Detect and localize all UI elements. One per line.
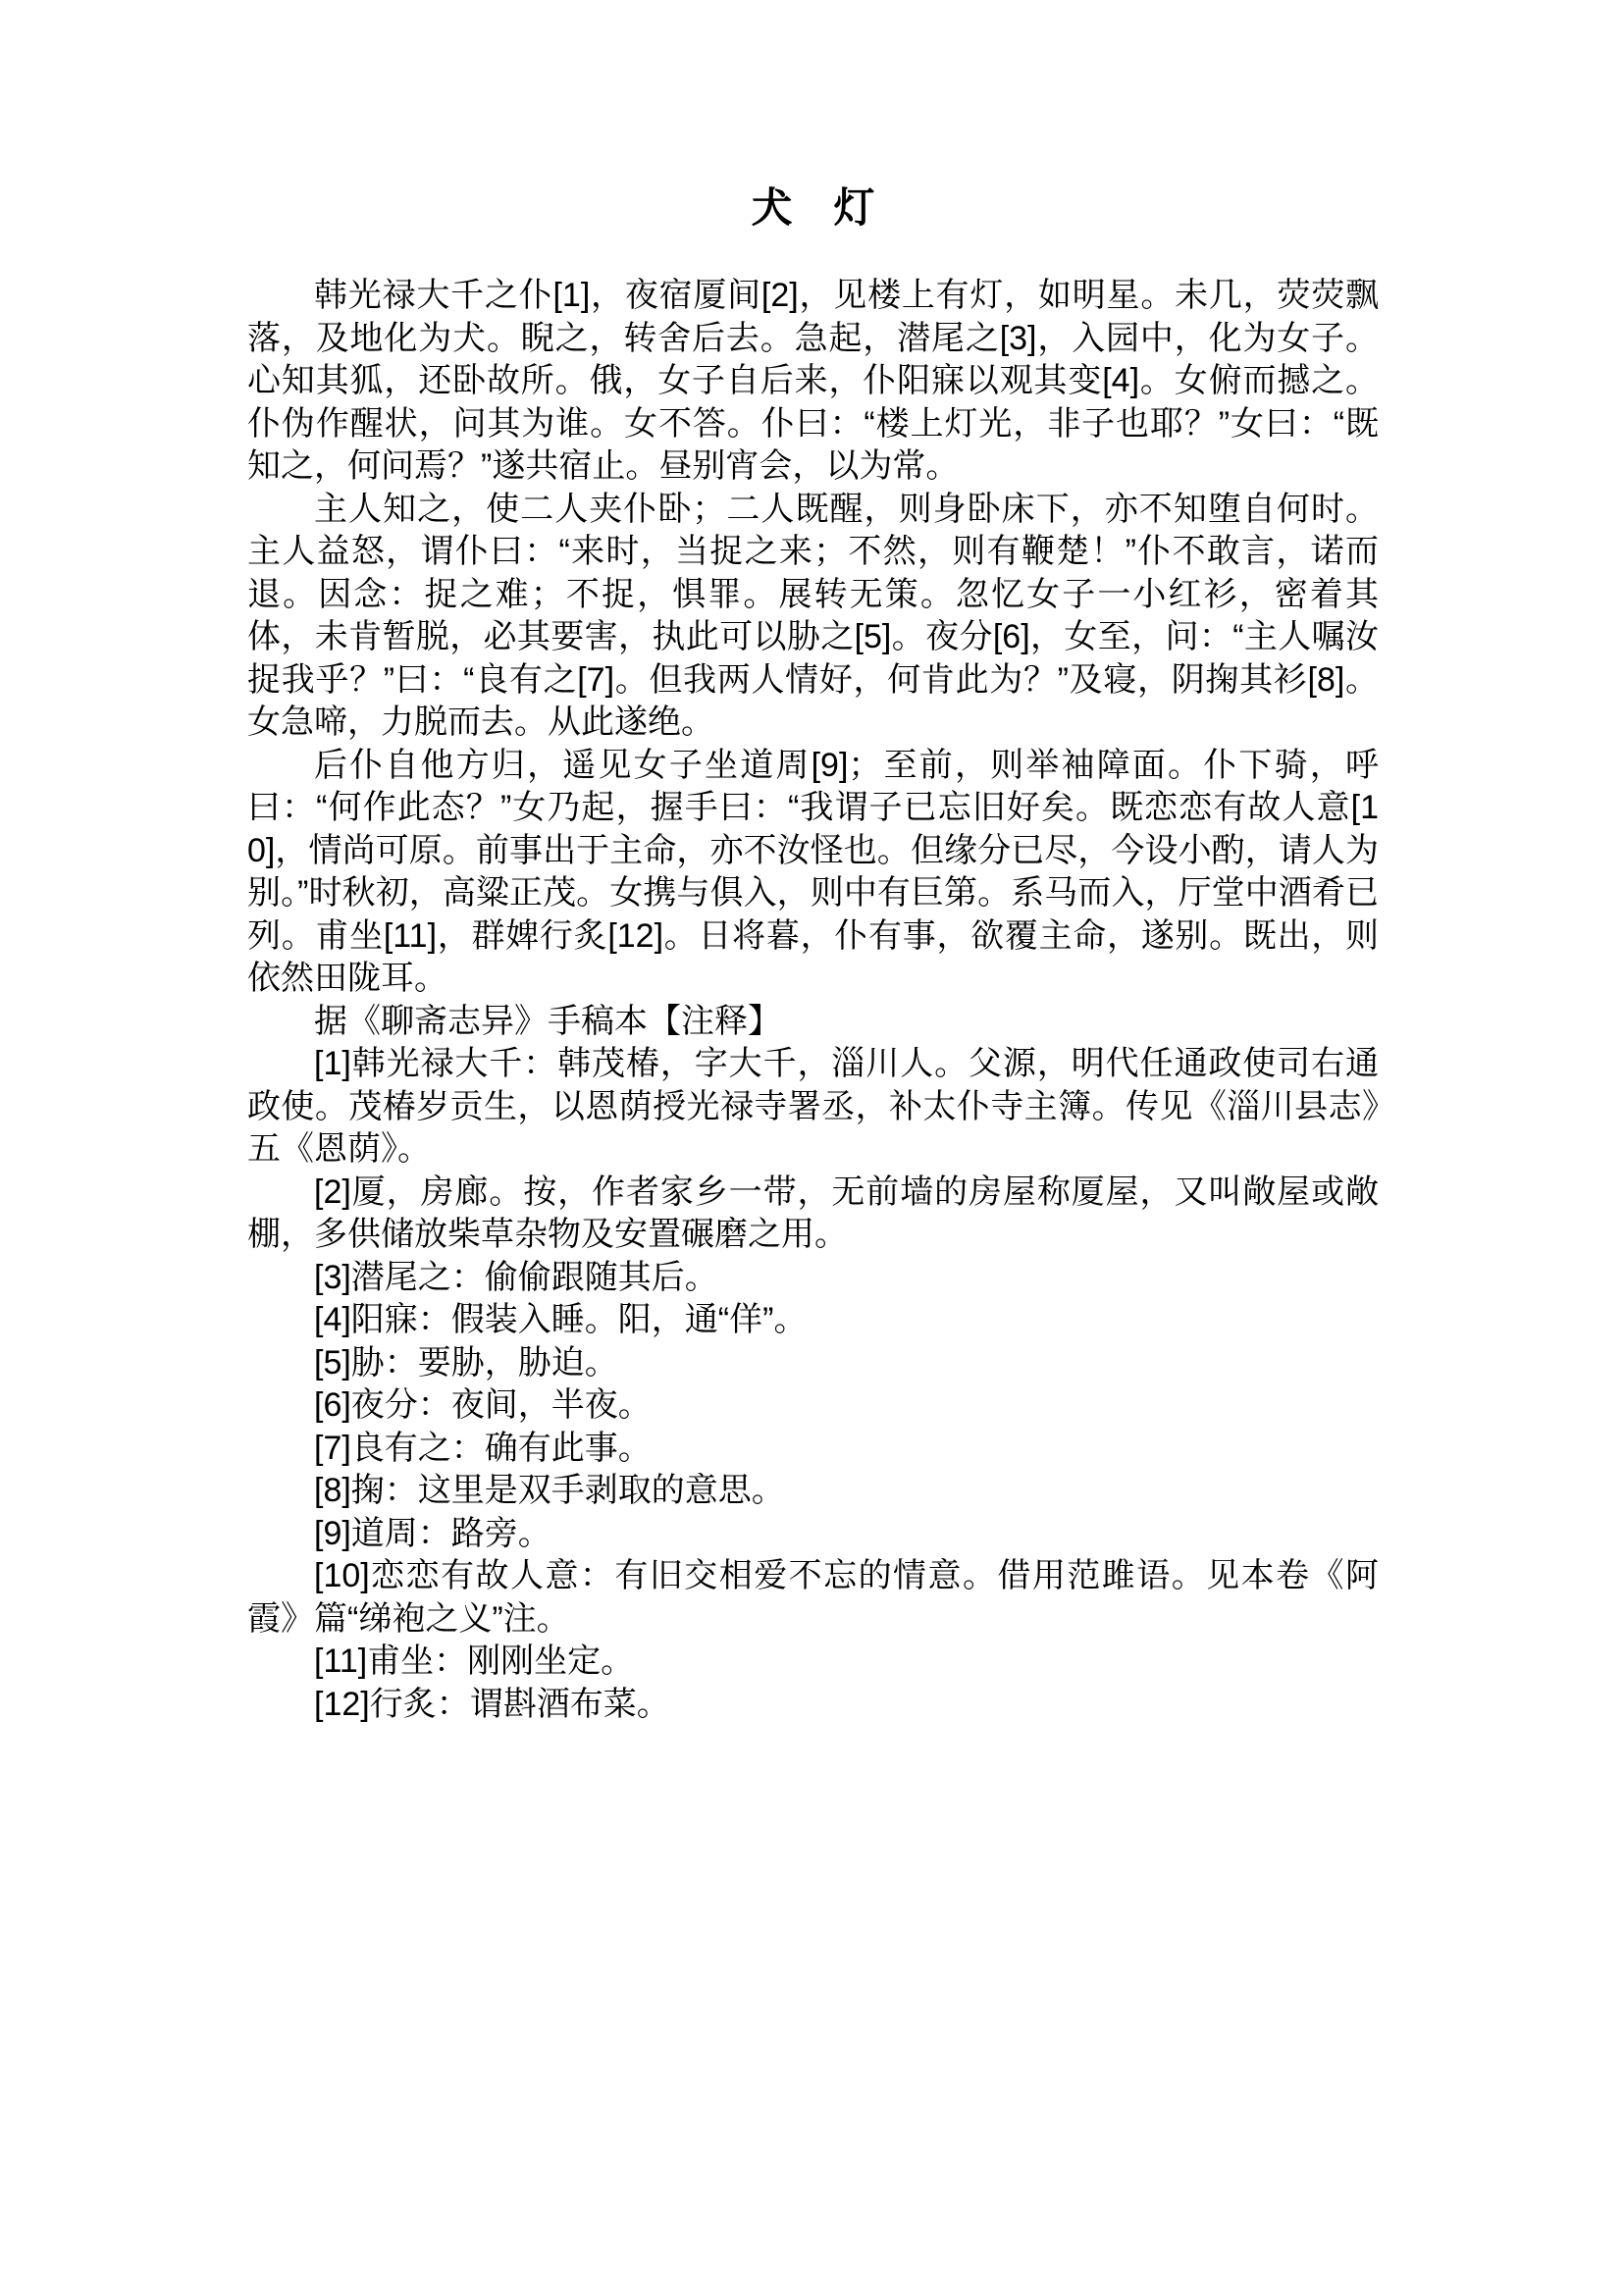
note-item-8: [8]掬：这里是双手剥取的意思。 xyxy=(247,1470,1379,1513)
note-item-1: [1]韩光禄大千：韩茂椿，字大千，淄川人。父源，明代任通政使司右通政使。茂椿岁贡… xyxy=(247,1043,1379,1172)
document-page: 犬 灯 韩光禄大千之仆[1]，夜宿厦间[2]，见楼上有灯，如明星。未几，荧荧飘落… xyxy=(0,0,1624,2294)
note-item-7: [7]良有之：确有此事。 xyxy=(247,1428,1379,1471)
story-paragraph-1: 韩光禄大千之仆[1]，夜宿厦间[2]，见楼上有灯，如明星。未几，荧荧飘落，及地化… xyxy=(247,275,1379,489)
note-item-2: [2]厦，房廊。按，作者家乡一带，无前墙的房屋称厦屋，又叫敞屋或敞棚，多供储放柴… xyxy=(247,1172,1379,1257)
note-item-6: [6]夜分：夜间，半夜。 xyxy=(247,1384,1379,1428)
note-item-11: [11]甫坐：刚刚坐定。 xyxy=(247,1641,1379,1684)
note-item-5: [5]胁：要胁，胁迫。 xyxy=(247,1342,1379,1385)
note-item-12: [12]行炙：谓斟酒布菜。 xyxy=(247,1684,1379,1727)
page-title: 犬 灯 xyxy=(247,182,1379,234)
story-paragraph-2: 主人知之，使二人夹仆卧；二人既醒，则身卧床下，亦不知堕自何时。主人益怒，谓仆曰：… xyxy=(247,489,1379,745)
note-item-9: [9]道周：路旁。 xyxy=(247,1513,1379,1556)
note-item-10: [10]恋恋有故人意：有旧交相爱不忘的情意。借用范雎语。见本卷《阿霞》篇“绨袍之… xyxy=(247,1555,1379,1641)
note-item-3: [3]潜尾之：偷偷跟随其后。 xyxy=(247,1257,1379,1300)
source-line: 据《聊斋志异》手稿本【注释】 xyxy=(247,1001,1379,1044)
note-item-4: [4]阳寐：假装入睡。阳，通“佯”。 xyxy=(247,1299,1379,1342)
story-paragraph-3: 后仆自他方归，遥见女子坐道周[9]；至前，则举袖障面。仆下骑，呼曰：“何作此态？… xyxy=(247,745,1379,1001)
